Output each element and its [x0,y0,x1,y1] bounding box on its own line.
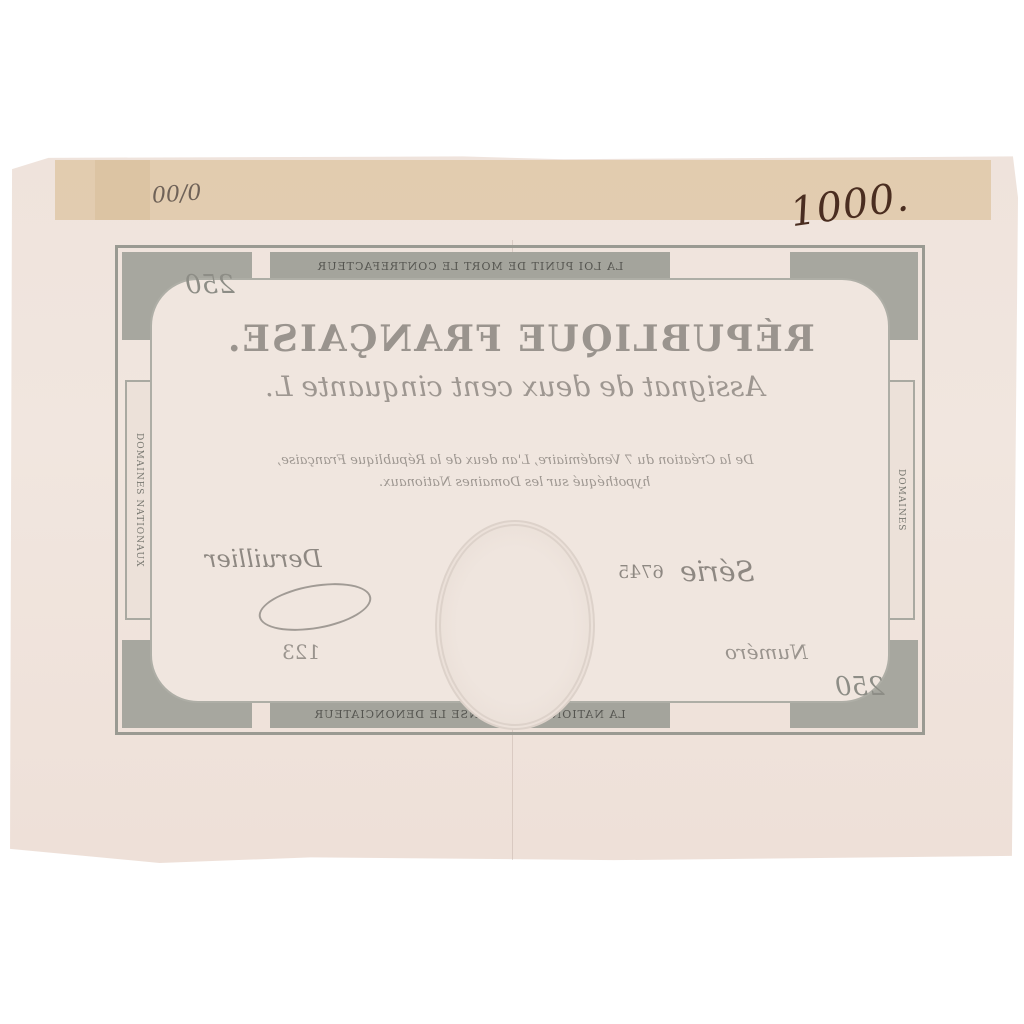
corner-value-top-left: 250 [185,270,235,300]
left-side-text: DOMAINES NATIONAUX [134,433,144,568]
corner-value-bottom-right: 250 [835,672,885,702]
right-side-text: DOMAINES [896,469,906,531]
serie-number: 6745 [618,562,664,583]
serie-label: Série [680,555,755,588]
denomination-line: Assignat de deux cent cinquante L. [170,370,860,403]
handwritten-note-left: 00/0 [151,180,202,208]
border-top-band: LA LOI PUNIT DE MORT LE CONTREFACTEUR [270,252,670,280]
embossed-seal [435,520,595,730]
left-side-panel: DOMAINES NATIONAUX [125,380,153,620]
decree-text: De la Création du 7 Vendémiaire, L'an de… [170,450,860,494]
signature: Deruillier [205,545,322,573]
note-title: RÉPUBLIQUE FRANÇAISE. [190,318,850,360]
right-side-panel: DOMAINES [887,380,915,620]
note-number: 123 [282,640,320,664]
tape-overlap [95,160,150,220]
border-top-text: LA LOI PUNIT DE MORT LE CONTREFACTEUR [317,260,623,273]
numero-label: Numéro [725,640,808,664]
